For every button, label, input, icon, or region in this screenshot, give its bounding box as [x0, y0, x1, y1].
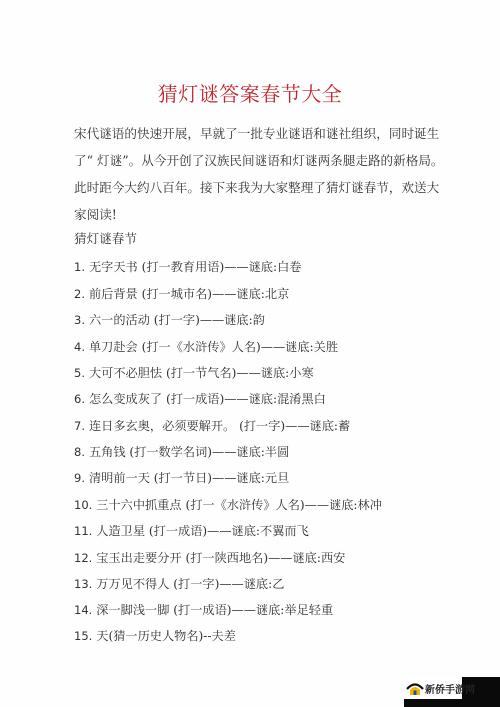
- riddle-text: 前后背景 (打一城市名)——谜底:北京: [89, 287, 289, 301]
- riddle-number: 13.: [74, 577, 92, 591]
- riddle-text: 无字天书 (打一教育用语)——谜底:白卷: [89, 260, 302, 274]
- riddle-number: 15.: [74, 629, 92, 643]
- riddle-item: 14.深一脚浅一脚 (打一成语)——谜底:举足轻重: [74, 601, 333, 618]
- riddle-text: 连日多玄奥，必须要解开。 (打一字)——谜底:蓄: [89, 419, 350, 433]
- riddle-number: 9.: [74, 471, 85, 485]
- riddle-item: 6.怎么变成灰了 (打一成语)——谜底:混淆黑白: [74, 390, 326, 407]
- riddle-text: 三十六中抓重点 (打一《水浒传》人名)——谜底:林冲: [96, 498, 382, 512]
- riddle-text: 大可不必胆怯 (打一节气名)——谜底:小寒: [89, 366, 314, 380]
- watermark-text: 新侨手游网: [425, 681, 475, 696]
- riddle-number: 4.: [74, 340, 85, 354]
- riddle-item: 11.人造卫星 (打一成语)——谜底:不翼而飞: [74, 522, 309, 539]
- riddle-text: 万万见不得人 (打一字)——谜底:乙: [96, 577, 284, 591]
- riddle-item: 15.天(猜一历史人物名)--夫差: [74, 627, 236, 644]
- riddle-number: 12.: [74, 551, 92, 565]
- riddle-number: 5.: [74, 366, 85, 380]
- riddle-item: 5.大可不必胆怯 (打一节气名)——谜底:小寒: [74, 364, 314, 381]
- riddle-text: 天(猜一历史人物名)--夫差: [96, 629, 236, 643]
- riddle-item: 12.宝玉出走要分开 (打一陕西地名)——谜底:西安: [74, 549, 345, 566]
- section-heading: 猜灯谜春节: [74, 228, 137, 247]
- riddle-text: 清明前一天 (打一节日)——谜底:元旦: [89, 471, 289, 485]
- riddle-item: 9.清明前一天 (打一节日)——谜底:元旦: [74, 469, 289, 486]
- riddle-number: 11.: [74, 524, 92, 538]
- riddle-item: 2.前后背景 (打一城市名)——谜底:北京: [74, 285, 289, 302]
- riddle-text: 单刀赴会 (打一《水浒传》人名)——谜底:关胜: [89, 340, 338, 354]
- riddle-number: 1.: [74, 260, 85, 274]
- riddle-item: 8.五角钱 (打一数学名词)——谜底:半圆: [74, 443, 289, 460]
- riddle-number: 14.: [74, 603, 92, 617]
- page-title: 猜灯谜答案春节大全: [0, 78, 500, 107]
- house-logo-icon: [406, 680, 424, 696]
- riddle-text: 人造卫星 (打一成语)——谜底:不翼而飞: [96, 524, 309, 538]
- riddle-item: 7.连日多玄奥，必须要解开。 (打一字)——谜底:蓄: [74, 417, 350, 434]
- riddle-number: 8.: [74, 445, 85, 459]
- riddle-number: 10.: [74, 498, 92, 512]
- riddle-item: 1.无字天书 (打一教育用语)——谜底:白卷: [74, 258, 301, 275]
- riddle-item: 10.三十六中抓重点 (打一《水浒传》人名)——谜底:林冲: [74, 496, 382, 513]
- riddle-text: 六一的活动 (打一字)——谜底:韵: [89, 313, 265, 327]
- riddle-text: 五角钱 (打一数学名词)——谜底:半圆: [89, 445, 289, 459]
- riddle-text: 宝玉出走要分开 (打一陕西地名)——谜底:西安: [96, 551, 345, 565]
- intro-line-2: 了“ 灯谜”。从今开创了汉族民间谜语和灯谜两条腿走路的新格局。: [74, 147, 444, 174]
- watermark: 新侨手游网: [404, 677, 500, 707]
- riddle-number: 6.: [74, 392, 85, 406]
- riddle-number: 3.: [74, 313, 85, 327]
- intro-paragraph: 宋代谜语的快速开展，早就了一批专业谜语和谜社组织，同时诞生 了“ 灯谜”。从今开…: [74, 120, 444, 228]
- riddle-item: 4.单刀赴会 (打一《水浒传》人名)——谜底:关胜: [74, 338, 338, 355]
- intro-line-3: 此时距今大约八百年。接下来我为大家整理了猜灯谜春节，欢送大: [74, 174, 444, 201]
- riddle-text: 怎么变成灰了 (打一成语)——谜底:混淆黑白: [89, 392, 326, 406]
- riddle-number: 7.: [74, 419, 85, 433]
- intro-line-1: 宋代谜语的快速开展，早就了一批专业谜语和谜社组织，同时诞生: [74, 120, 444, 147]
- riddle-item: 3.六一的活动 (打一字)——谜底:韵: [74, 311, 265, 328]
- intro-line-4: 家阅读!: [74, 201, 444, 228]
- riddle-text: 深一脚浅一脚 (打一成语)——谜底:举足轻重: [96, 603, 333, 617]
- riddle-number: 2.: [74, 287, 85, 301]
- riddle-item: 13.万万见不得人 (打一字)——谜底:乙: [74, 575, 284, 592]
